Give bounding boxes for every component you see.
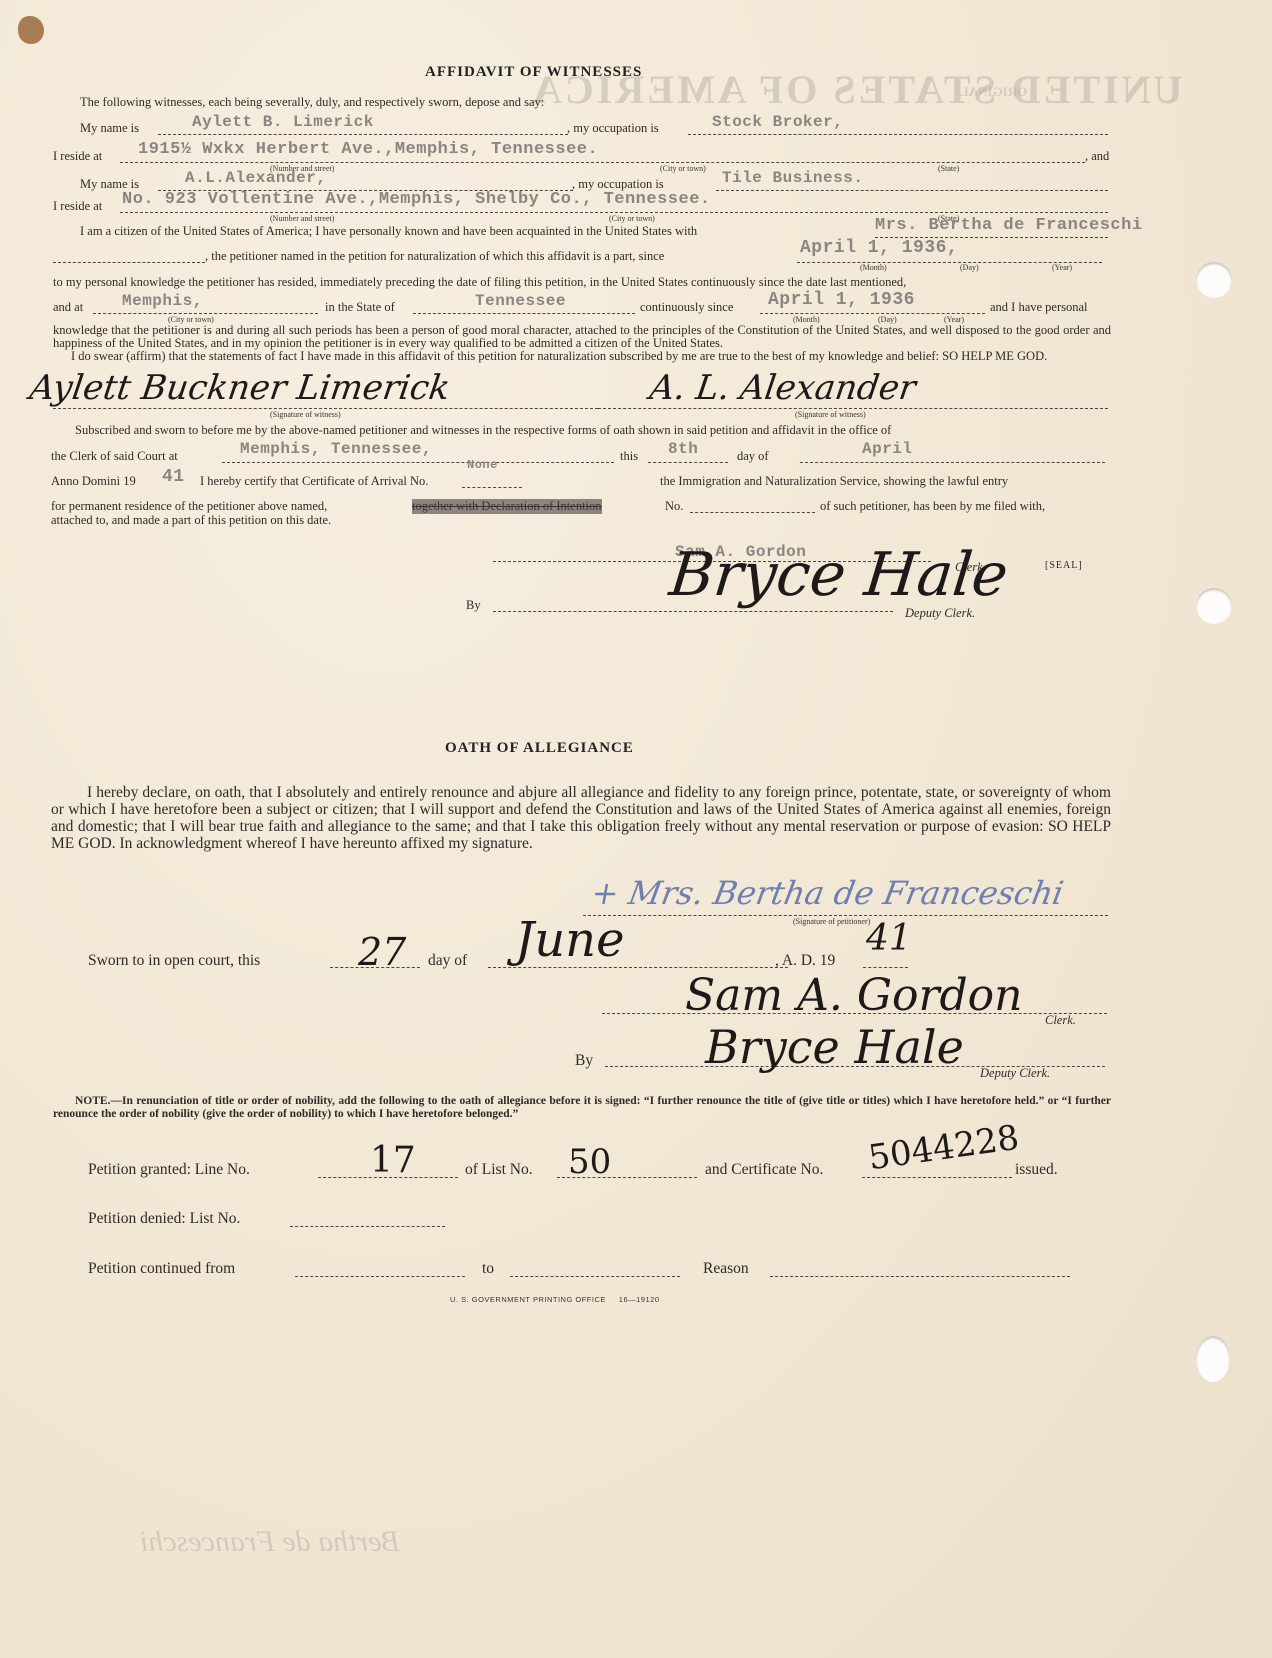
sworn-day-field[interactable]: 27 [358, 930, 406, 974]
oath-text: I hereby declare, on oath, that I absolu… [51, 784, 1111, 852]
bleed-through-signature: Bertha de Franceschi [140, 1525, 400, 1559]
day-field[interactable]: 8th [668, 440, 698, 458]
field-line [688, 134, 1108, 135]
knowledge-text: knowledge that the petitioner is and dur… [53, 324, 1111, 350]
resided-since-field[interactable]: April 1, 1936 [768, 290, 915, 310]
affidavit-title: AFFIDAVIT OF WITNESSES [425, 64, 642, 81]
label-deputy-clerk-2: Deputy Clerk. [980, 1066, 1050, 1081]
bleed-through-original: ORIGINAL [960, 84, 1027, 100]
witness2-signature: A. L. Alexander [647, 368, 918, 408]
deputy-signature-1: Bryce Hale [666, 540, 1011, 610]
arrival-none-typed: None [467, 458, 498, 472]
certify-text: I hereby certify that Certificate of Arr… [200, 474, 428, 489]
certificate-no-field[interactable]: 5044228 [866, 1118, 1022, 1179]
subscribed-text: Subscribed and sworn to before me by the… [75, 423, 891, 438]
field-line [53, 262, 205, 263]
nobility-note: NOTE.—In renunciation of title or order … [53, 1095, 1111, 1121]
field-line [863, 967, 908, 968]
known-since-field[interactable]: April 1, 1936, [800, 238, 958, 258]
field-line [800, 462, 1105, 463]
label-deputy-clerk-1: Deputy Clerk. [905, 606, 975, 621]
label-certificate-no: and Certificate No. [705, 1161, 823, 1179]
witness1-address-field[interactable]: 1915½ Wxkx Herbert Ave.,Memphis, Tenness… [138, 140, 598, 159]
label-to: to [482, 1260, 494, 1278]
petitioner-text: , the petitioner named in the petition f… [205, 249, 664, 264]
petitioner-signature: + Mrs. Bertha de Franceschi [589, 874, 1067, 912]
attached-text: attached to, and made a part of this pet… [51, 513, 331, 528]
field-line [862, 1177, 1012, 1178]
struck-declaration-text: together with Declaration of Intention [412, 499, 602, 514]
petitioner-name-field[interactable]: Mrs. Bertha de Franceschi [875, 216, 1143, 235]
label-no: No. [665, 499, 683, 514]
label-occupation-1: , my occupation is [567, 121, 659, 136]
label-by-2: By [575, 1052, 593, 1070]
label-reside-2: I reside at [53, 199, 102, 214]
printer-footer: U. S. GOVERNMENT PRINTING OFFICE 16—1912… [450, 1295, 660, 1304]
resided-state-field[interactable]: Tennessee [475, 292, 566, 310]
witness1-signature: Aylett Buckner Limerick [27, 368, 452, 408]
punch-hole-icon [1196, 588, 1232, 624]
label-and-at: and at [53, 300, 83, 315]
witness1-name-field[interactable]: Aylett B. Limerick [192, 113, 374, 131]
field-line [648, 462, 728, 463]
label-reason: Reason [703, 1260, 749, 1278]
oath-title: OATH OF ALLEGIANCE [445, 740, 634, 757]
witness2-address-field[interactable]: No. 923 Vollentine Ave.,Memphis, Shelby … [122, 190, 711, 209]
label-day-of: day of [737, 449, 769, 464]
field-line [120, 162, 1085, 163]
signature-line [598, 408, 1108, 409]
swear-text: I do swear (affirm) that the statements … [53, 350, 1111, 363]
signature-line [53, 408, 598, 409]
label-personal: and I have personal [990, 300, 1088, 315]
label-ad: , A. D. 19 [775, 952, 835, 970]
label-petition-continued: Petition continued from [88, 1260, 235, 1278]
label-petition-granted: Petition granted: Line No. [88, 1161, 250, 1179]
field-line [295, 1276, 465, 1277]
field-line [93, 313, 318, 314]
label-in-state: in the State of [325, 300, 395, 315]
label-clerk-2: Clerk. [1045, 1013, 1076, 1028]
label-this: this [620, 449, 638, 464]
affidavit-intro: The following witnesses, each being seve… [80, 95, 544, 110]
filed-text: of such petitioner, has been by me filed… [820, 499, 1045, 514]
field-line [716, 190, 1108, 191]
caption-number-street-2: (Number and street) [270, 214, 334, 223]
deputy-line [493, 611, 893, 612]
resided-city-field[interactable]: Memphis, [122, 292, 203, 310]
label-anno-domini: Anno Domini 19 [51, 474, 136, 489]
field-line [510, 1276, 680, 1277]
caption-state-1: (State) [938, 164, 959, 173]
clerk-signature: Sam A. Gordon [685, 970, 1023, 1021]
field-line [120, 212, 1108, 213]
field-line [760, 313, 985, 314]
field-line [222, 462, 614, 463]
label-clerk-court: the Clerk of said Court at [51, 449, 178, 464]
list-no-field[interactable]: 50 [568, 1142, 611, 1182]
field-line [290, 1226, 445, 1227]
caption-month-1: (Month) [860, 263, 887, 272]
permanent-text: for permanent residence of the petitione… [51, 499, 327, 514]
caption-day-1: (Day) [960, 263, 979, 272]
punch-hole-icon [1196, 262, 1232, 298]
ins-text: the Immigration and Naturalization Servi… [660, 474, 1008, 489]
sworn-year-field[interactable]: 41 [866, 918, 912, 959]
caption-city-2: (City or town) [609, 214, 655, 223]
field-line [462, 487, 522, 488]
caption-city-1: (City or town) [660, 164, 706, 173]
field-line [690, 512, 815, 513]
label-and: , and [1085, 149, 1109, 164]
year-field[interactable]: 41 [162, 467, 185, 487]
court-location-field[interactable]: Memphis, Tennessee, [240, 440, 432, 458]
label-by-1: By [466, 598, 481, 613]
stain-mark [18, 16, 44, 44]
label-day-of-2: day of [428, 952, 467, 970]
punch-hole-icon [1196, 1336, 1230, 1382]
caption-year-1: (Year) [1052, 263, 1072, 272]
label-my-name-1: My name is [80, 121, 139, 136]
label-reside-1: I reside at [53, 149, 102, 164]
label-petition-denied: Petition denied: List No. [88, 1210, 240, 1228]
deputy-signature-2: Bryce Hale [705, 1020, 964, 1074]
line-no-field[interactable]: 17 [370, 1140, 416, 1181]
caption-sig-witness-2: (Signature of witness) [795, 410, 866, 419]
label-continuously: continuously since [640, 300, 733, 315]
label-sworn: Sworn to in open court, this [88, 952, 260, 970]
caption-sig-petitioner: (Signature of petitioner) [793, 917, 870, 926]
caption-sig-witness-1: (Signature of witness) [270, 410, 341, 419]
label-issued: issued. [1015, 1161, 1058, 1179]
witness2-name-field[interactable]: A.L.Alexander, [185, 169, 326, 187]
resided-text: to my personal knowledge the petitioner … [53, 275, 906, 290]
month-field[interactable]: April [862, 440, 913, 458]
witness2-occupation-field[interactable]: Tile Business. [722, 169, 863, 187]
field-line [158, 134, 568, 135]
petitioner-signature-line [583, 915, 1108, 916]
naturalization-petition-page: UNITED STATES OF AMERICA ORIGINAL Bertha… [0, 0, 1272, 1658]
label-list-no: of List No. [465, 1161, 533, 1179]
citizen-text: I am a citizen of the United States of A… [80, 224, 697, 239]
sworn-month-field[interactable]: June [515, 912, 624, 968]
field-line [413, 313, 635, 314]
label-seal: [SEAL] [1045, 560, 1083, 571]
witness1-occupation-field[interactable]: Stock Broker, [712, 113, 843, 131]
field-line [770, 1276, 1070, 1277]
